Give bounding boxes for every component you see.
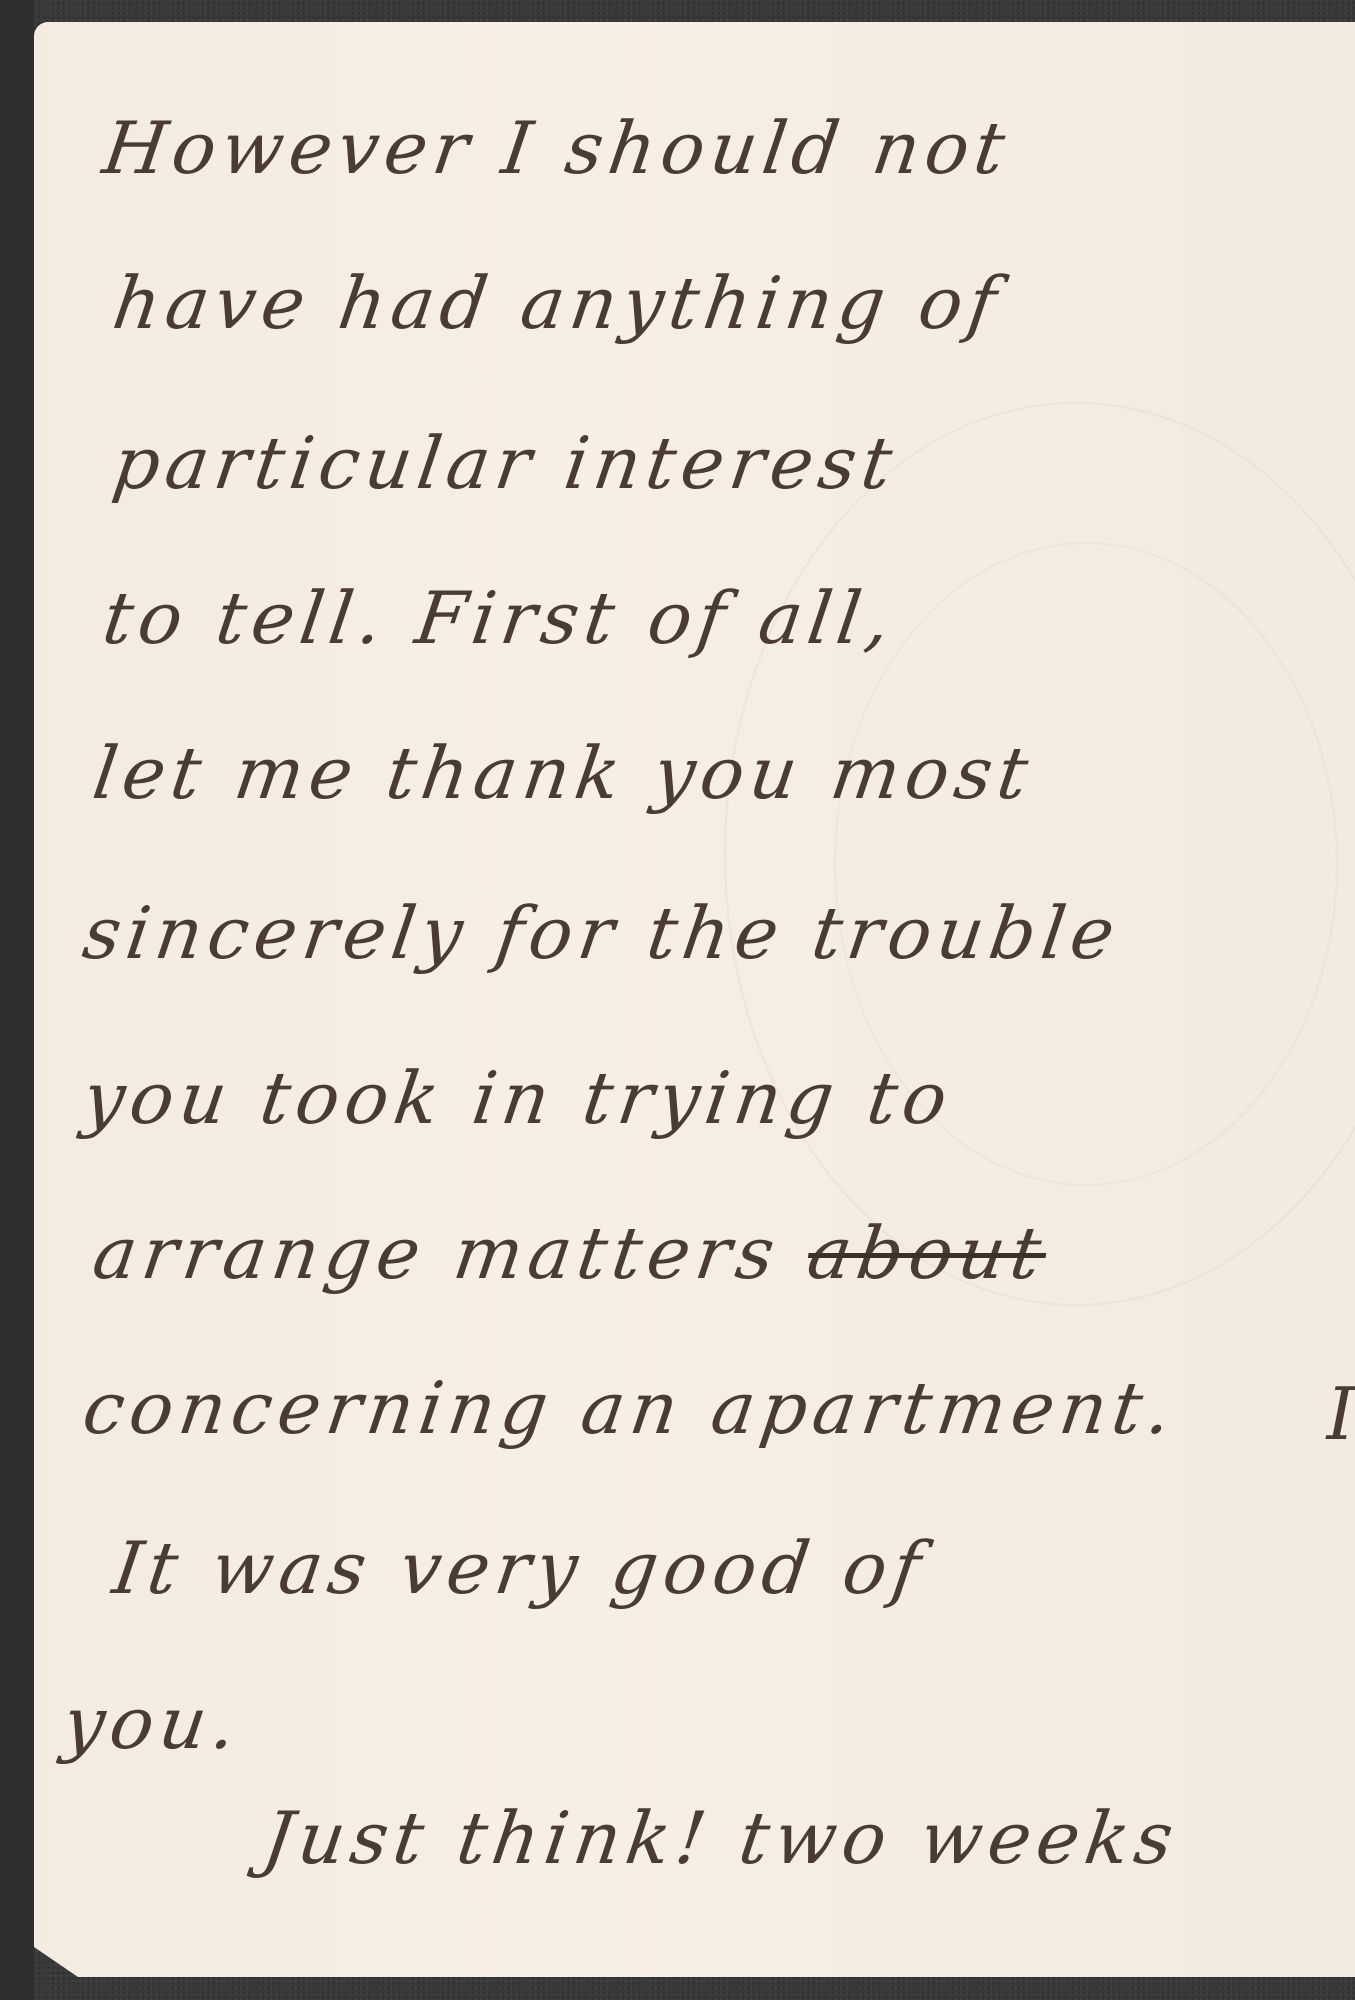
letter-line-6: sincerely for the trouble xyxy=(79,897,1125,969)
letter-page: However I should not have had anything o… xyxy=(34,22,1355,1977)
edge-mark: I xyxy=(1327,1372,1355,1456)
backdrop-edge xyxy=(0,0,34,2000)
letter-line-1: However I should not xyxy=(99,112,1015,184)
letter-line-5: let me thank you most xyxy=(89,737,1038,809)
letter-line-10: It was very good of xyxy=(109,1532,931,1604)
letter-line-11: you. xyxy=(59,1687,246,1759)
letter-line-12: Just think! two weeks xyxy=(259,1802,1184,1874)
letter-line-4: to tell. First of all, xyxy=(99,582,901,654)
letter-line-8-text: arrange matters xyxy=(88,1211,785,1295)
letter-body: However I should not have had anything o… xyxy=(34,22,1355,1977)
struck-word: about xyxy=(803,1211,1052,1295)
letter-line-2: have had anything of xyxy=(109,267,1007,339)
letter-line-7: you took in trying to xyxy=(79,1062,958,1134)
letter-line-9: concerning an apartment. xyxy=(79,1372,1182,1444)
letter-line-8: arrange matters about xyxy=(89,1217,1051,1289)
letter-line-3: particular interest xyxy=(109,427,902,499)
